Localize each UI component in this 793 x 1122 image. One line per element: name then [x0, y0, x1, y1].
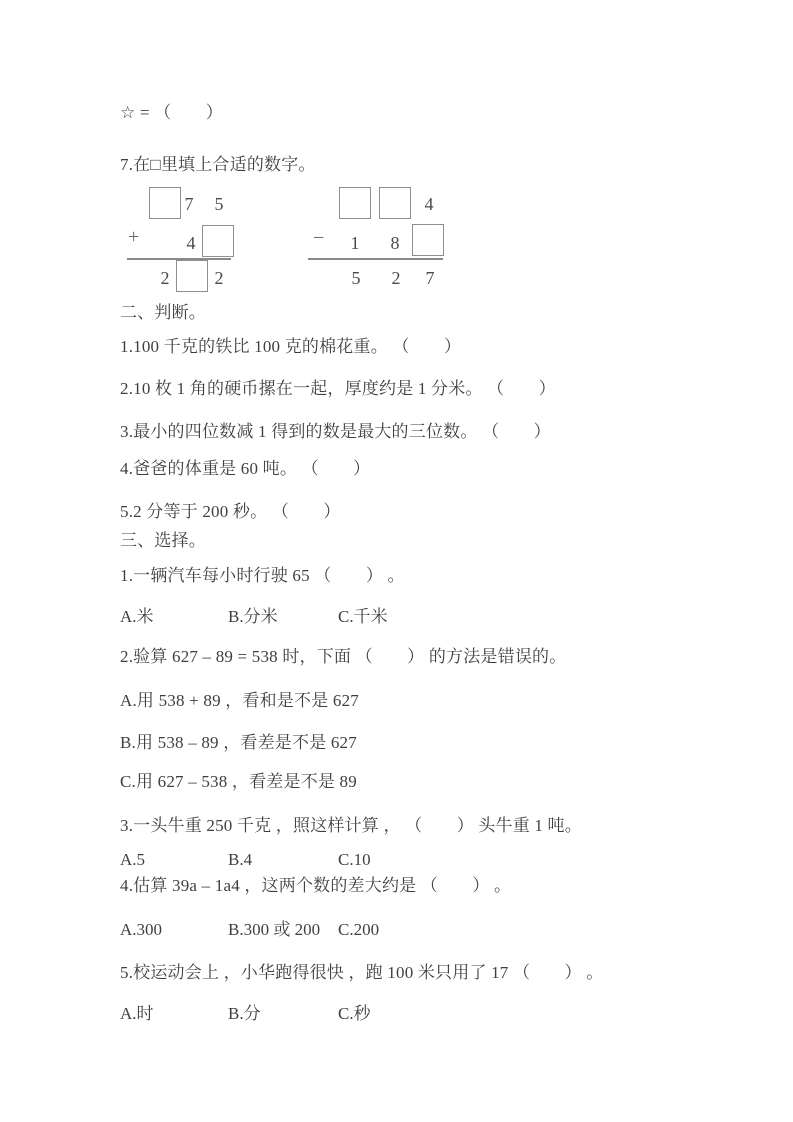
option-a: A.米 [120, 606, 154, 627]
answer-box [176, 260, 208, 292]
plus-operator: + [128, 226, 139, 248]
digit: 4 [421, 193, 437, 215]
judgment-item-4: 4.爸爸的体重是 60 吨。 （ ） [120, 458, 370, 479]
digit: 4 [183, 232, 199, 254]
difference-rule-line [308, 258, 443, 260]
option-b: B.分米 [228, 606, 278, 627]
answer-box [339, 187, 371, 219]
choice-options-5: A.时 B.分 C.秒 [120, 1003, 540, 1024]
minus-operator: − [313, 227, 324, 249]
section3-title: 三、选择。 [120, 530, 206, 551]
judgment-item-3: 3.最小的四位数减 1 得到的数是最大的三位数。 （ ） [120, 421, 551, 442]
digit: 5 [348, 267, 364, 289]
section2-title: 二、判断。 [120, 302, 206, 323]
choice-question-2-option-b: B.用 538 – 89 ，看差是不是 627 [120, 732, 357, 753]
judgment-item-2: 2.10 枚 1 角的硬币摞在一起，厚度约是 1 分米。 （ ） [120, 378, 556, 399]
digit: 7 [422, 267, 438, 289]
option-a: A.5 [120, 849, 145, 870]
option-b: B.分 [228, 1003, 261, 1024]
digit: 2 [211, 267, 227, 289]
digit: 2 [157, 267, 173, 289]
option-b: B.300 或 200 [228, 919, 320, 940]
choice-question-5: 5.校运动会上 ，小华跑得很快 ，跑 100 米只用了 17 （ ） 。 [120, 962, 603, 983]
choice-question-4: 4.估算 39a – 1a4 ，这两个数的差大约是 （ ） 。 [120, 875, 511, 896]
choice-question-2-option-a: A.用 538 + 89 ，看和是不是 627 [120, 690, 359, 711]
option-a: A.300 [120, 919, 162, 940]
option-b: B.4 [228, 849, 252, 870]
digit: 2 [388, 267, 404, 289]
option-c: C.千米 [338, 606, 388, 627]
option-a: A.时 [120, 1003, 154, 1024]
star-equation-line: ☆ = （ ） [120, 102, 223, 123]
choice-options-3: A.5 B.4 C.10 [120, 849, 540, 870]
answer-box [379, 187, 411, 219]
choice-question-2: 2.验算 627 – 89 = 538 时，下面 （ ） 的方法是错误的。 [120, 646, 566, 667]
choice-question-2-option-c: C.用 627 – 538 ，看差是不是 89 [120, 771, 357, 792]
answer-box [149, 187, 181, 219]
judgment-item-1: 1.100 千克的铁比 100 克的棉花重。 （ ） [120, 336, 461, 357]
question-7-label: 7.在□里填上合适的数字。 [120, 154, 316, 175]
choice-question-1: 1.一辆汽车每小时行驶 65 （ ） 。 [120, 565, 405, 586]
judgment-item-5: 5.2 分等于 200 秒。 （ ） [120, 501, 341, 522]
digit: 7 [181, 193, 197, 215]
choice-question-3: 3.一头牛重 250 千克 ，照这样计算 ， （ ） 头牛重 1 吨。 [120, 815, 582, 836]
option-c: C.秒 [338, 1003, 371, 1024]
digit: 8 [387, 232, 403, 254]
digit: 5 [211, 193, 227, 215]
option-c: C.200 [338, 919, 379, 940]
digit: 1 [347, 232, 363, 254]
worksheet-page: ☆ = （ ） 7.在□里填上合适的数字。 7 5 + 4 2 2 4 − 1 … [0, 0, 793, 1122]
option-c: C.10 [338, 849, 371, 870]
choice-options-4: A.300 B.300 或 200 C.200 [120, 919, 540, 940]
answer-box [202, 225, 234, 257]
choice-options-1: A.米 B.分米 C.千米 [120, 606, 540, 627]
answer-box [412, 224, 444, 256]
